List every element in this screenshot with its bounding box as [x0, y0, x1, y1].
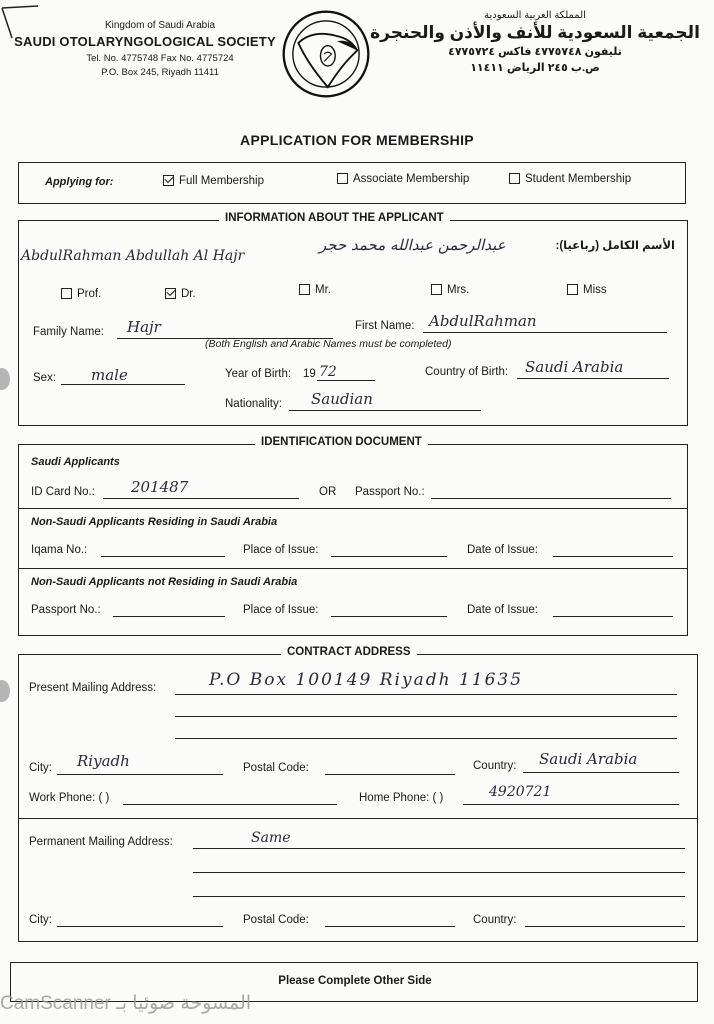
- present-postal-field[interactable]: [325, 774, 455, 775]
- form-title: APPLICATION FOR MEMBERSHIP: [0, 132, 714, 148]
- checkbox-mr[interactable]: [299, 284, 310, 295]
- option-associate-membership[interactable]: Associate Membership: [337, 173, 469, 185]
- date-of-issue-label-1: Date of Issue:: [467, 544, 538, 556]
- identification-section: IDENTIFICATION DOCUMENT Saudi Applicants…: [18, 444, 688, 636]
- checkbox-mrs[interactable]: [431, 284, 442, 295]
- place-of-issue-field-2[interactable]: [331, 616, 447, 617]
- present-address-label: Present Mailing Address:: [29, 682, 156, 694]
- present-country-label: Country:: [473, 760, 516, 772]
- permanent-city-label: City:: [29, 914, 52, 926]
- title-mrs[interactable]: Mrs.: [431, 284, 469, 296]
- passport-field-nonres[interactable]: [113, 616, 225, 617]
- work-phone-field[interactable]: [123, 804, 337, 805]
- present-address-line3[interactable]: [175, 738, 677, 739]
- country-of-birth-value[interactable]: Saudi Arabia: [525, 358, 623, 376]
- society-name: SAUDI OTOLARYNGOLOGICAL SOCIETY: [0, 34, 290, 49]
- checkbox-prof[interactable]: [61, 288, 72, 299]
- id-card-value[interactable]: 201487: [131, 478, 188, 496]
- present-address-line1[interactable]: P.O Box 100149 Riyadh 11635: [209, 670, 523, 690]
- non-saudi-not-residing-heading: Non-Saudi Applicants not Residing in Sau…: [31, 576, 297, 588]
- date-of-issue-label-2: Date of Issue:: [467, 604, 538, 616]
- passport-label-saudi: Passport No.:: [355, 486, 425, 498]
- punch-hole-icon: [0, 680, 10, 702]
- option-student-membership[interactable]: Student Membership: [509, 173, 631, 185]
- permanent-country-field[interactable]: [525, 926, 685, 927]
- kingdom-label-arabic: المملكة العربية السعودية: [370, 10, 700, 21]
- permanent-country-label: Country:: [473, 914, 516, 926]
- sex-value[interactable]: male: [91, 366, 128, 384]
- or-label: OR: [319, 486, 336, 498]
- option-full-membership[interactable]: Full Membership: [163, 175, 264, 187]
- title-dr[interactable]: Dr.: [165, 288, 196, 300]
- full-name-arabic-label: الأسم الكامل (رباعيا):: [556, 238, 676, 252]
- permanent-address-line2[interactable]: [193, 872, 685, 873]
- year-of-birth-value[interactable]: 72: [319, 364, 337, 380]
- present-city-label: City:: [29, 762, 52, 774]
- header-english: Kingdom of Saudi Arabia SAUDI OTOLARYNGO…: [0, 20, 290, 78]
- title-prof[interactable]: Prof.: [61, 288, 101, 300]
- first-name-label: First Name:: [355, 320, 414, 332]
- id-card-label: ID Card No.:: [31, 486, 95, 498]
- iqama-field[interactable]: [101, 556, 225, 557]
- work-phone-label: Work Phone: ( ): [29, 792, 109, 804]
- sex-label: Sex:: [33, 372, 56, 384]
- passport-label-nonres: Passport No.:: [31, 604, 101, 616]
- full-name-english[interactable]: AbdulRahman Abdullah Al Hajr: [21, 248, 244, 264]
- place-of-issue-label-2: Place of Issue:: [243, 604, 318, 616]
- applicant-section: INFORMATION ABOUT THE APPLICANT AbdulRah…: [18, 220, 688, 426]
- present-city-value[interactable]: Riyadh: [77, 752, 130, 770]
- date-of-issue-field-2[interactable]: [553, 616, 673, 617]
- non-saudi-residing-heading: Non-Saudi Applicants Residing in Saudi A…: [31, 516, 277, 528]
- permanent-city-field[interactable]: [57, 926, 223, 927]
- footer-note: Please Complete Other Side: [11, 975, 699, 987]
- phone-fax: Tel. No. 4775748 Fax No. 4775724: [30, 53, 290, 64]
- full-name-arabic[interactable]: عبدالرحمن عبدالله محمد حجر: [319, 236, 506, 254]
- iqama-label: Iqama No.:: [31, 544, 87, 556]
- applying-for-box: Applying for: Full Membership Associate …: [18, 162, 686, 204]
- home-phone-value[interactable]: 4920721: [489, 784, 551, 800]
- date-of-issue-field-1[interactable]: [553, 556, 673, 557]
- title-mr[interactable]: Mr.: [299, 284, 331, 296]
- society-name-arabic: الجمعية السعودية للأنف والأذن والحنجرة: [370, 23, 700, 43]
- header-arabic: المملكة العربية السعودية الجمعية السعودي…: [370, 10, 700, 74]
- punch-hole-icon: [0, 368, 10, 390]
- permanent-postal-field[interactable]: [325, 926, 455, 927]
- country-of-birth-label: Country of Birth:: [425, 366, 508, 378]
- address-section-title: CONTRACT ADDRESS: [281, 646, 417, 658]
- names-note: (Both English and Arabic Names must be c…: [205, 338, 451, 350]
- applicant-section-title: INFORMATION ABOUT THE APPLICANT: [219, 212, 450, 224]
- permanent-postal-label: Postal Code:: [243, 914, 309, 926]
- nationality-value[interactable]: Saudian: [311, 390, 373, 408]
- family-name-label: Family Name:: [33, 326, 104, 338]
- passport-field-saudi[interactable]: [431, 498, 671, 499]
- present-address-line2[interactable]: [175, 716, 677, 717]
- identification-section-title: IDENTIFICATION DOCUMENT: [255, 436, 428, 448]
- checkbox-dr[interactable]: [165, 288, 176, 299]
- kingdom-label: Kingdom of Saudi Arabia: [30, 20, 290, 31]
- place-of-issue-label-1: Place of Issue:: [243, 544, 318, 556]
- address-section: CONTRACT ADDRESS Present Mailing Address…: [18, 654, 698, 942]
- checkbox-miss[interactable]: [567, 284, 578, 295]
- family-name-value[interactable]: Hajr: [127, 318, 161, 336]
- year-of-birth-prefix: 19: [303, 368, 316, 380]
- present-country-value[interactable]: Saudi Arabia: [539, 750, 637, 768]
- checkbox-student-membership[interactable]: [509, 173, 520, 184]
- permanent-address-line3[interactable]: [193, 896, 685, 897]
- society-seal-icon: [280, 8, 372, 100]
- first-name-value[interactable]: AbdulRahman: [429, 312, 537, 330]
- permanent-address-line1[interactable]: Same: [251, 830, 291, 846]
- applying-for-label: Applying for:: [45, 176, 113, 188]
- home-phone-label: Home Phone: ( ): [359, 792, 443, 804]
- saudi-applicants-heading: Saudi Applicants: [31, 456, 120, 468]
- po-box: P.O. Box 245, Riyadh 11411: [30, 67, 290, 78]
- checkbox-associate-membership[interactable]: [337, 173, 348, 184]
- po-box-arabic: ص.ب ٢٤٥ الرياض ١١٤١١: [370, 61, 700, 74]
- permanent-address-label: Permanent Mailing Address:: [29, 836, 173, 848]
- checkbox-full-membership[interactable]: [163, 175, 174, 186]
- year-of-birth-label: Year of Birth:: [225, 368, 291, 380]
- place-of-issue-field-1[interactable]: [331, 556, 447, 557]
- present-postal-label: Postal Code:: [243, 762, 309, 774]
- nationality-label: Nationality:: [225, 398, 282, 410]
- camscanner-watermark: CamScanner المسوحة ضوئيا بـ: [0, 992, 251, 1015]
- title-miss[interactable]: Miss: [567, 284, 607, 296]
- phone-fax-arabic: تليفون ٤٧٧٥٧٤٨ فاكس ٤٧٧٥٧٢٤: [370, 45, 700, 58]
